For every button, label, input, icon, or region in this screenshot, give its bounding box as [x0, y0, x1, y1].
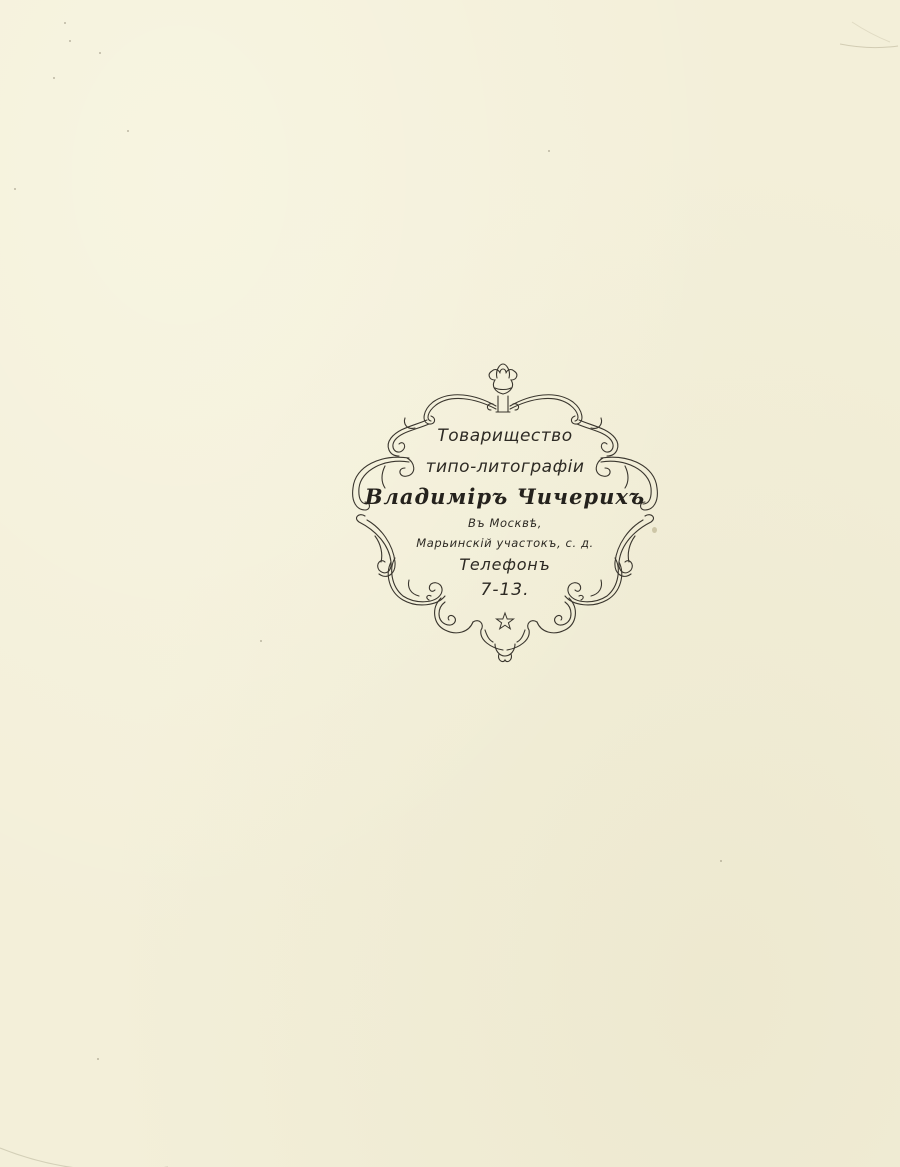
paper-speck: [64, 22, 66, 24]
company-type-text: Товарищество: [345, 426, 665, 446]
printer-imprint-cartouche: Товарищество типо-литографіи Владиміръ Ч…: [345, 358, 665, 668]
star-icon: [497, 613, 514, 629]
paper-speck: [14, 188, 16, 190]
city-text: Въ Москвѣ,: [345, 516, 665, 530]
paper-crease-top-right: [840, 20, 900, 60]
paper-speck: [99, 52, 101, 54]
printed-page: Товарищество типо-литографіи Владиміръ Ч…: [0, 0, 900, 1167]
paper-speck: [53, 77, 55, 79]
address-text: Марьинскій участокъ, с. д.: [345, 536, 665, 550]
paper-speck: [720, 860, 722, 862]
ornamental-frame: [345, 358, 665, 668]
paper-speck: [97, 1058, 99, 1060]
owner-name-text: Владиміръ Чичерихъ: [345, 484, 665, 509]
paper-speck: [260, 640, 262, 642]
paper-speck: [548, 150, 550, 152]
paper-speck: [69, 40, 71, 42]
paper-speck: [127, 130, 129, 132]
trade-text: типо-литографіи: [345, 457, 665, 477]
paper-crease-bottom-left: [0, 1120, 170, 1167]
phone-number-text: 7-13.: [345, 580, 665, 600]
phone-label-text: Телефонъ: [345, 555, 665, 574]
